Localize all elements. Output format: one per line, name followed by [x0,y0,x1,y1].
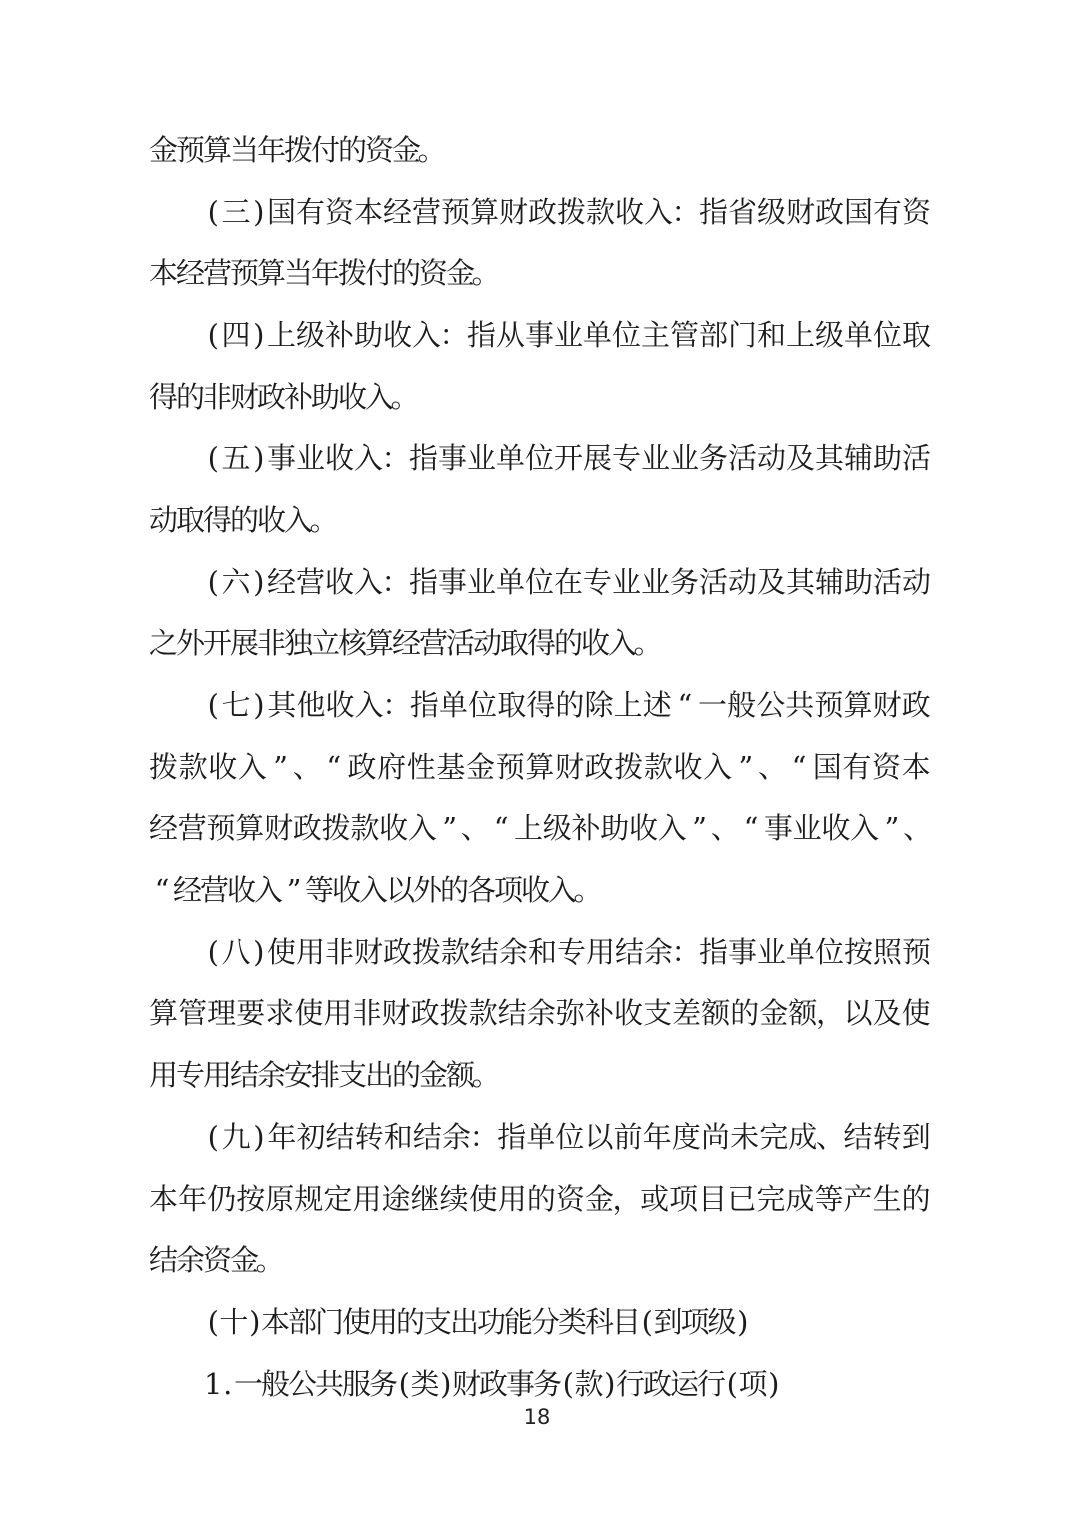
text-line: (八)使用非财政拨款结余和专用结余：指事业单位按照预 [150,921,930,983]
document-page: 金预算当年拨付的资金。(三)国有资本经营预算财政拨款收入：指省级财政国有资本经营… [0,0,1074,1520]
text-line-content: 动取得的收入。 [150,503,336,537]
text-line: 用专用结余安排支出的金额。 [150,1044,930,1106]
page-number: 18 [0,1405,1074,1429]
text-line: (五)事业收入：指事业单位开展专业业务活动及其辅助活 [150,427,930,489]
text-line-content: (八)使用非财政拨款结余和专用结余：指事业单位按照预 [206,935,930,969]
text-line-content: 金预算当年拨付的资金。 [150,133,444,167]
text-line: 本年仍按原规定用途继续使用的资金，或项目已完成等产生的 [150,1168,930,1230]
text-line: 本经营预算当年拨付的资金。 [150,242,930,304]
text-line: 拨款收入”、“政府性基金预算财政拨款收入”、“国有资本 [150,736,930,798]
text-line-content: 本经营预算当年拨付的资金。 [150,256,498,290]
text-line: (七)其他收入：指单位取得的除上述“一般公共预算财政 [150,674,930,736]
text-line: (三)国有资本经营预算财政拨款收入：指省级财政国有资 [150,181,930,243]
text-line-content: (九)年初结转和结余：指单位以前年度尚未完成、结转到 [206,1120,930,1154]
text-line-content: 得的非财政补助收入。 [150,380,417,414]
text-line-content: 结余资金。 [150,1243,282,1277]
text-line-content: (七)其他收入：指单位取得的除上述“一般公共预算财政 [206,688,930,722]
text-line: “经营收入”等收入以外的各项收入。 [150,859,930,921]
text-line: (六)经营收入：指事业单位在专业业务活动及其辅助活动 [150,551,930,613]
text-line-content: (十)本部门使用的支出功能分类科目(到项级) [206,1305,750,1339]
text-line: (四)上级补助收入：指从事业单位主管部门和上级单位取 [150,304,930,366]
text-line: 结余资金。 [150,1229,930,1291]
text-line: 动取得的收入。 [150,489,930,551]
text-column: 金预算当年拨付的资金。(三)国有资本经营预算财政拨款收入：指省级财政国有资本经营… [150,119,930,1414]
text-line-content: 之外开展非独立核算经营活动取得的收入。 [150,626,660,660]
text-line-content: 经营预算财政拨款收入”、“上级补助收入”、“事业收入”、 [150,811,930,845]
text-line-content: 拨款收入”、“政府性基金预算财政拨款收入”、“国有资本 [150,750,930,784]
text-line: 金预算当年拨付的资金。 [150,119,930,181]
text-line-content: “经营收入”等收入以外的各项收入。 [150,873,600,907]
text-line: (九)年初结转和结余：指单位以前年度尚未完成、结转到 [150,1106,930,1168]
text-line: 之外开展非独立核算经营活动取得的收入。 [150,613,930,675]
text-line-content: (四)上级补助收入：指从事业单位主管部门和上级单位取 [206,318,930,352]
text-line-content: 用专用结余安排支出的金额。 [150,1058,498,1092]
text-line-content: (三)国有资本经营预算财政拨款收入：指省级财政国有资 [206,195,930,229]
text-line-content: 算管理要求使用非财政拨款结余弥补收支差额的金额，以及使 [150,996,930,1030]
text-line: 算管理要求使用非财政拨款结余弥补收支差额的金额，以及使 [150,983,930,1045]
text-line-content: 1.一般公共服务(类)财政事务(款)行政运行(项) [206,1367,781,1401]
text-line-content: (六)经营收入：指事业单位在专业业务活动及其辅助活动 [206,565,930,599]
text-line: 经营预算财政拨款收入”、“上级补助收入”、“事业收入”、 [150,798,930,860]
text-line: 得的非财政补助收入。 [150,366,930,428]
text-line-content: 本年仍按原规定用途继续使用的资金，或项目已完成等产生的 [150,1182,930,1216]
text-line-content: (五)事业收入：指事业单位开展专业业务活动及其辅助活 [206,441,930,475]
text-line: (十)本部门使用的支出功能分类科目(到项级) [150,1291,930,1353]
